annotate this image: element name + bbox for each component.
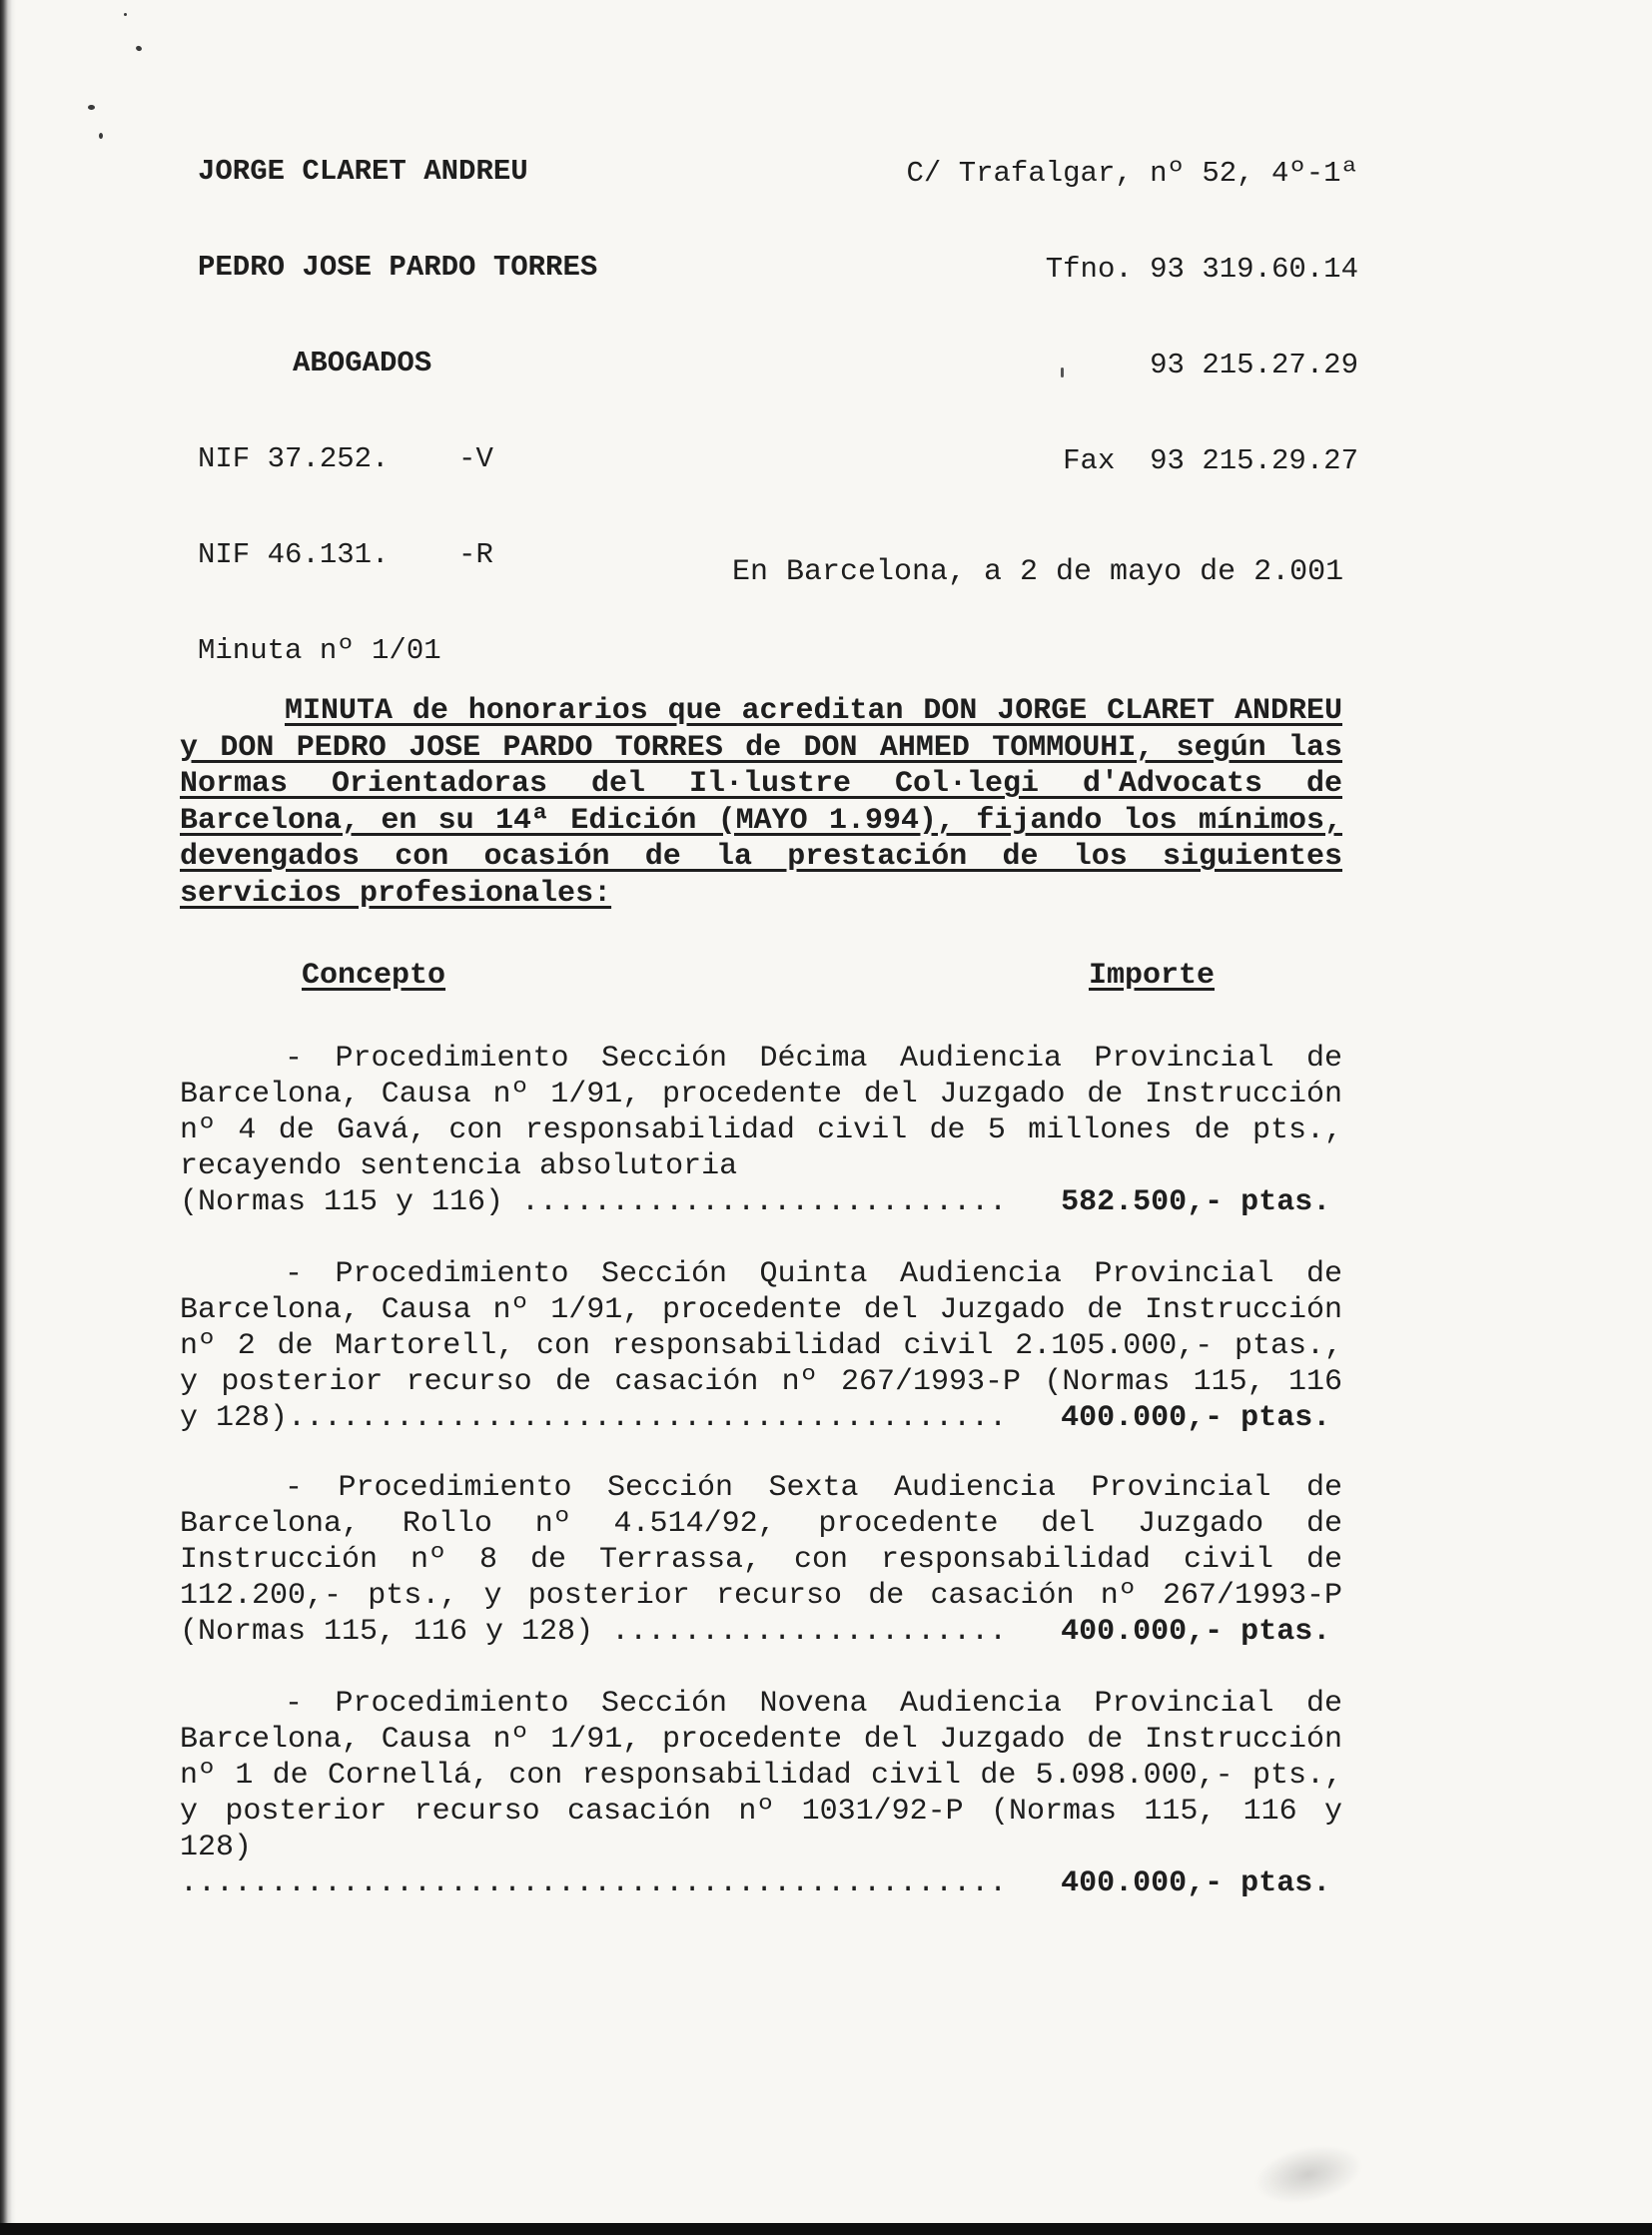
nif-line-1: NIF 37.252. -V	[198, 443, 597, 475]
item-leader-line: ........................................…	[180, 1865, 1342, 1901]
date-line: En Barcelona, a 2 de mayo de 2.001	[732, 555, 1343, 589]
concepto-header: Concepto	[302, 959, 445, 993]
item-leader-line: y 128)..................................…	[180, 1400, 1342, 1436]
phone-line-2: 93 215.27.29	[907, 350, 1358, 381]
fax-line: Fax 93 215.29.27	[907, 445, 1358, 477]
column-headers: Concepto Importe	[180, 959, 1342, 993]
item-line: - Procedimiento Sección Sexta Audiencia …	[180, 1470, 1342, 1506]
scan-edge-bottom-strip	[0, 2223, 1652, 2235]
intro-paragraph: MINUTA de honorarios que acreditan DON J…	[180, 693, 1342, 912]
invoice-item-3: - Procedimiento Sección Sexta Audiencia …	[180, 1470, 1342, 1650]
item-line: Barcelona, Causa nº 1/91, procedente del…	[180, 1292, 1342, 1328]
invoice-item-1: - Procedimiento Sección Décima Audiencia…	[180, 1041, 1342, 1220]
leader-dots: y 128)..................................…	[180, 1401, 1061, 1435]
item-amount: 400.000,- ptas.	[1061, 1401, 1330, 1435]
firm-title: ABOGADOS	[198, 348, 597, 379]
minuta-number: Minuta nº 1/01	[198, 635, 597, 667]
item-line: nº 1 de Cornellá, con responsabilidad ci…	[180, 1758, 1342, 1794]
item-amount: 400.000,- ptas.	[1061, 1866, 1330, 1900]
scan-artifact-dot	[135, 45, 142, 52]
leader-dots: ........................................…	[180, 1866, 1061, 1900]
letterhead-right: C/ Trafalgar, nº 52, 4º-1ª Tfno. 93 319.…	[907, 94, 1358, 541]
leader-dots: (Normas 115, 116 y 128) ................…	[180, 1615, 1061, 1649]
item-line: 112.200,- pts., y posterior recurso de c…	[180, 1578, 1342, 1614]
invoice-item-2: - Procedimiento Sección Quinta Audiencia…	[180, 1256, 1342, 1436]
intro-line: y DON PEDRO JOSE PARDO TORRES de DON AHM…	[180, 730, 1342, 767]
item-line: Barcelona, Causa nº 1/91, procedente del…	[180, 1722, 1342, 1758]
item-leader-line: (Normas 115, 116 y 128) ................…	[180, 1614, 1342, 1650]
scan-artifact-dot	[88, 105, 95, 110]
item-line: Barcelona, Causa nº 1/91, procedente del…	[180, 1077, 1342, 1113]
intro-line: Normas Orientadoras del Il·lustre Col·le…	[180, 766, 1342, 803]
lawyer-name-2: PEDRO JOSE PARDO TORRES	[198, 252, 597, 284]
item-line: y posterior recurso casación nº 1031/92-…	[180, 1794, 1342, 1865]
intro-line: MINUTA de honorarios que acreditan DON J…	[180, 693, 1342, 730]
item-amount: 400.000,- ptas.	[1061, 1615, 1330, 1649]
item-line: - Procedimiento Sección Quinta Audiencia…	[180, 1256, 1342, 1292]
item-line: Instrucción nº 8 de Terrassa, con respon…	[180, 1542, 1342, 1578]
item-line: nº 4 de Gavá, con responsabilidad civil …	[180, 1113, 1342, 1148]
intro-line: devengados con ocasión de la prestación …	[180, 839, 1342, 876]
item-line: Barcelona, Rollo nº 4.514/92, procedente…	[180, 1506, 1342, 1542]
address-line: C/ Trafalgar, nº 52, 4º-1ª	[907, 158, 1358, 190]
scan-edge-left-strip	[0, 0, 16, 2235]
importe-header: Importe	[1089, 959, 1215, 993]
leader-dots: (Normas 115 y 116) .....................…	[180, 1185, 1061, 1219]
item-leader-line: (Normas 115 y 116) .....................…	[180, 1184, 1342, 1220]
intro-line: Barcelona, en su 14ª Edición (MAYO 1.994…	[180, 803, 1342, 840]
scanned-document-page: JORGE CLARET ANDREU PEDRO JOSE PARDO TOR…	[0, 0, 1652, 2235]
item-amount: 582.500,- ptas.	[1061, 1185, 1330, 1219]
item-line: nº 2 de Martorell, con responsabilidad c…	[180, 1328, 1342, 1364]
letterhead-left: JORGE CLARET ANDREU PEDRO JOSE PARDO TOR…	[198, 92, 597, 731]
item-line: - Procedimiento Sección Décima Audiencia…	[180, 1041, 1342, 1077]
scan-artifact-smudge	[1248, 2136, 1367, 2213]
lawyer-name-1: JORGE CLARET ANDREU	[198, 156, 597, 188]
scan-artifact-dot	[124, 13, 127, 16]
item-line: y posterior recurso de casación nº 267/1…	[180, 1364, 1342, 1400]
scan-artifact-dot	[99, 133, 103, 139]
intro-line: servicios profesionales:	[180, 876, 1342, 913]
item-line: - Procedimiento Sección Novena Audiencia…	[180, 1686, 1342, 1722]
phone-line-1: Tfno. 93 319.60.14	[907, 254, 1358, 286]
invoice-item-4: - Procedimiento Sección Novena Audiencia…	[180, 1686, 1342, 1901]
nif-line-2: NIF 46.131. -R	[198, 539, 597, 571]
item-line: recayendo sentencia absolutoria	[180, 1148, 1342, 1184]
